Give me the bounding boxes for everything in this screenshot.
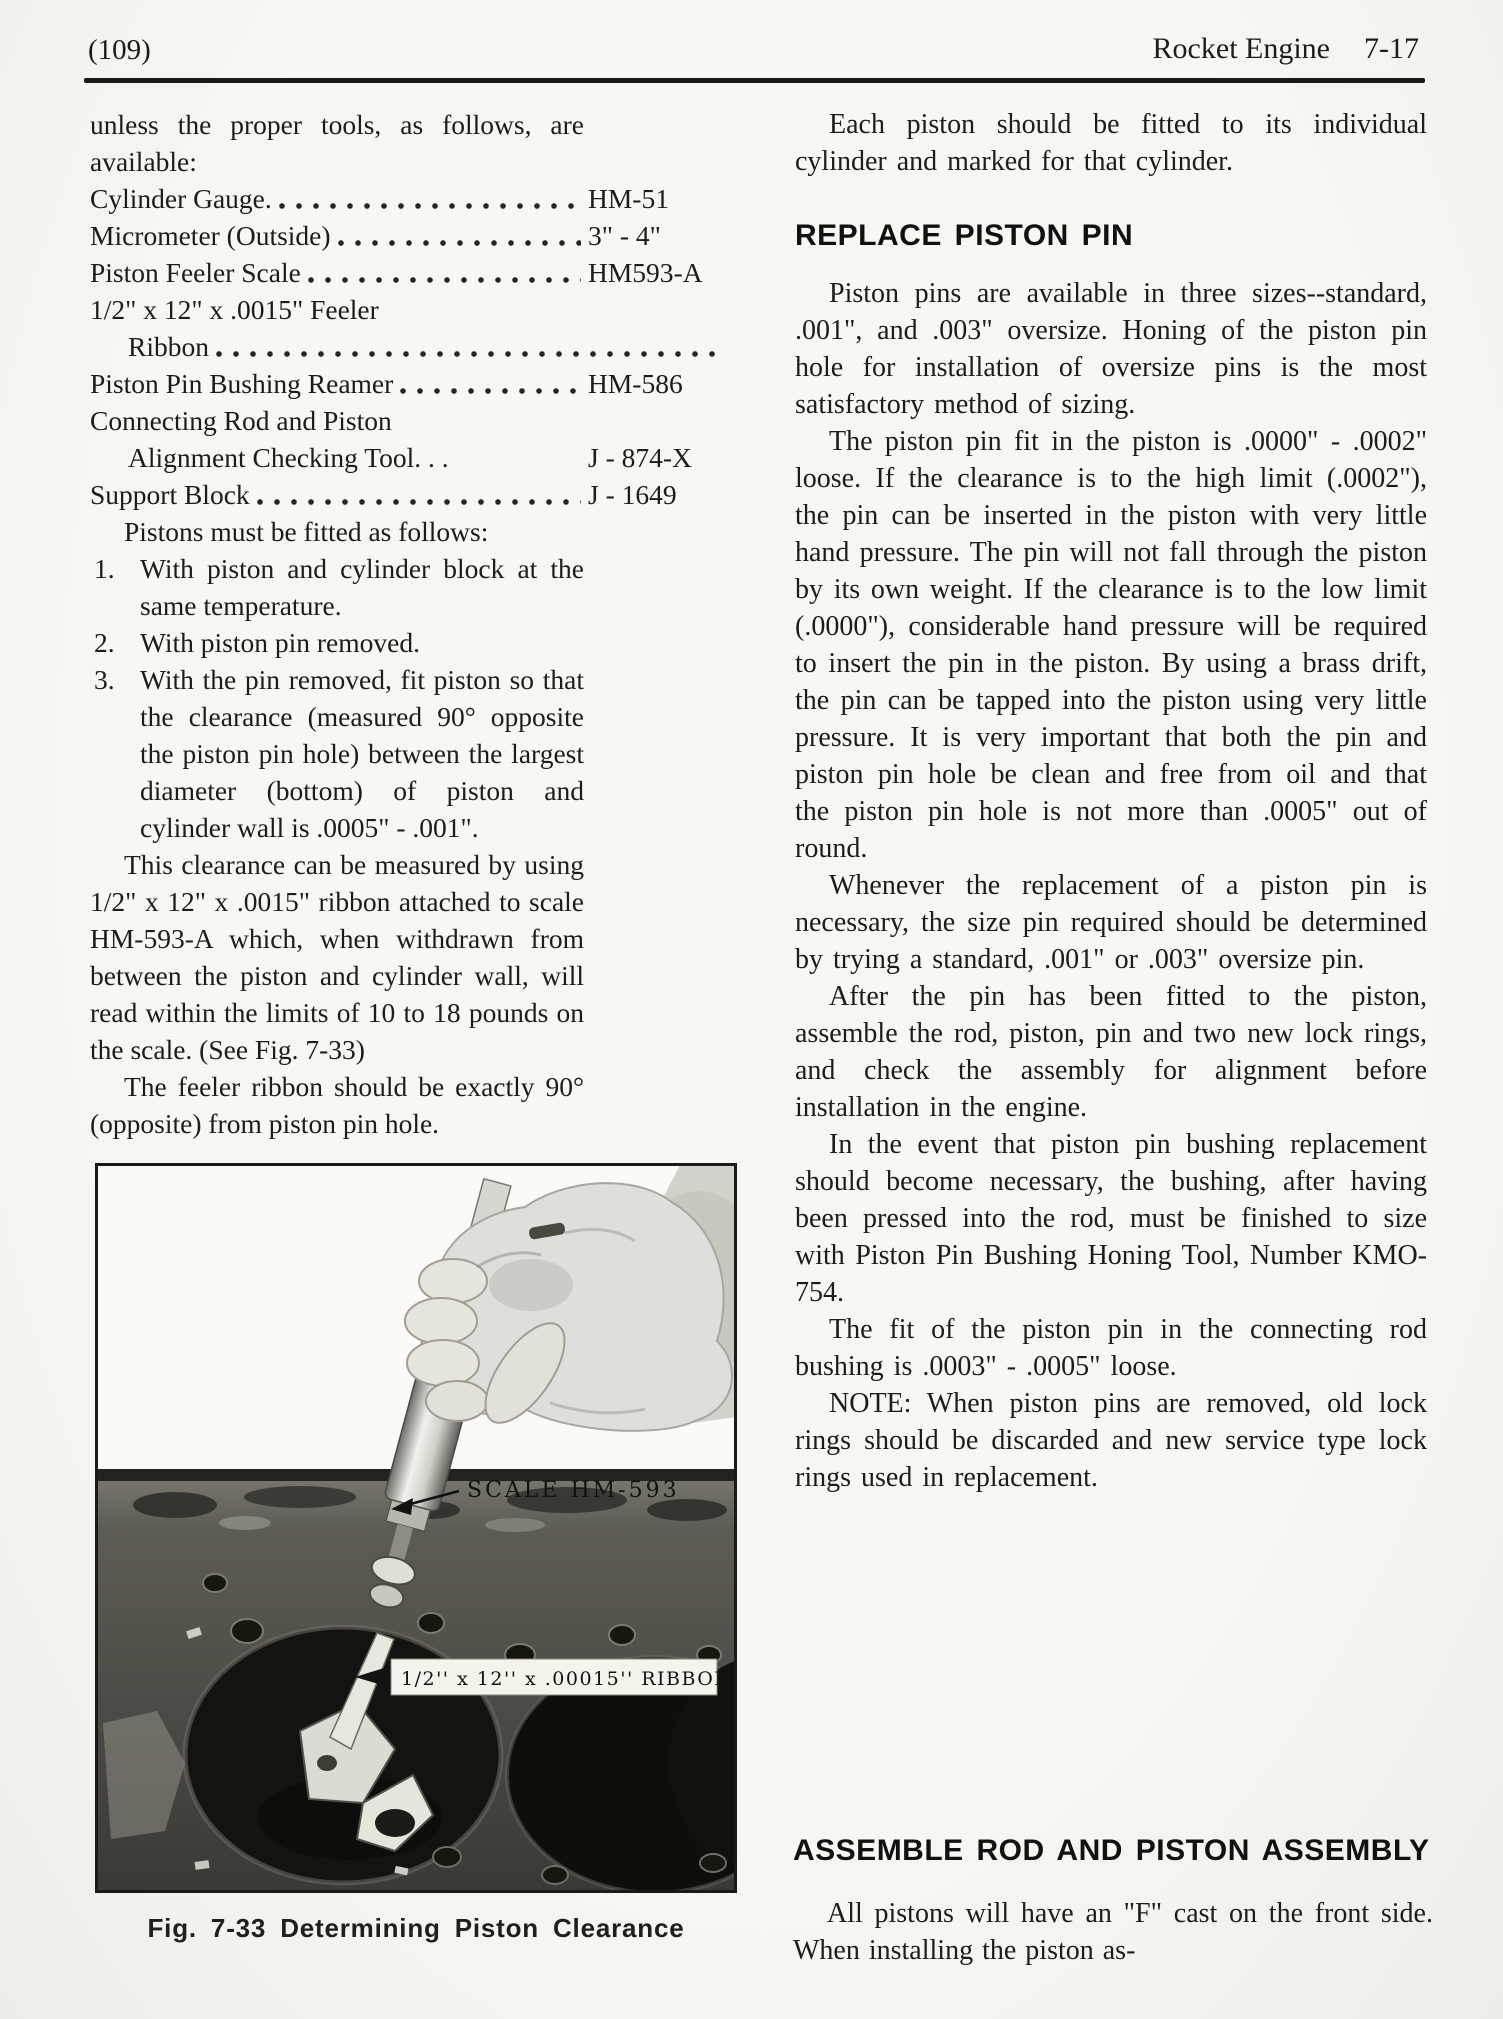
figure-7-33: SCALE HM-593 1/2'' x 12'' x .00015'' RIB… [95, 1163, 737, 1944]
tool-row: Ribbon [90, 328, 738, 365]
tool-value: 3" - 4" [588, 217, 738, 254]
tool-row: Piston Pin Bushing Reamer HM-586 [90, 365, 738, 402]
dot-leader [456, 439, 581, 476]
paragraph: unless the proper tools, as follows, are… [90, 106, 584, 180]
header-rule [84, 78, 1425, 83]
header-title: Rocket Engine [1153, 32, 1330, 66]
step-item: 1. With piston and cylinder block at the… [90, 550, 584, 624]
tool-row: Connecting Rod and Piston [90, 402, 738, 439]
tool-label: Micrometer (Outside) [90, 217, 331, 254]
tool-row: Piston Feeler Scale HM593-A [90, 254, 738, 291]
dot-leader [308, 254, 581, 291]
dot-leader [279, 180, 581, 217]
paragraph: Whenever the replacement of a piston pin… [795, 867, 1427, 978]
step-text: With piston and cylinder block at the sa… [140, 550, 584, 624]
paragraph: In the event that piston pin bushing rep… [795, 1126, 1427, 1311]
figure-caption: Fig. 7-33 Determining Piston Clearance [95, 1913, 737, 1944]
ribbon-callout: 1/2'' x 12'' x .00015'' RIBBON [355, 1659, 733, 1695]
tool-value: HM-51 [588, 180, 738, 217]
tool-label: Piston Pin Bushing Reamer [90, 365, 393, 402]
manual-page: (109) Rocket Engine 7-17 unless the prop… [0, 0, 1503, 2019]
section-heading-replace-piston-pin: REPLACE PISTON PIN [795, 217, 1427, 254]
right-column-bottom: ASSEMBLE ROD AND PISTON ASSEMBLY All pis… [793, 1832, 1433, 1969]
tool-row: 1/2" x 12" x .0015" Feeler [90, 291, 738, 328]
numbered-steps: 1. With piston and cylinder block at the… [90, 550, 738, 846]
paragraph: Piston pins are available in three sizes… [795, 275, 1427, 423]
scale-label: SCALE HM-593 [467, 1478, 680, 1503]
dot-leader [216, 328, 725, 365]
step-item: 2. With piston pin removed. [90, 624, 584, 661]
step-number: 1. [90, 550, 140, 624]
step-text: With piston pin removed. [140, 624, 584, 661]
paragraph: This clearance can be measured by using … [90, 846, 584, 1068]
ribbon-label: 1/2'' x 12'' x .00015'' RIBBON [401, 1668, 733, 1690]
section-heading-assemble-rod: ASSEMBLE ROD AND PISTON ASSEMBLY [793, 1832, 1433, 1869]
step-number: 2. [90, 624, 140, 661]
tool-value: J - 1649 [588, 476, 738, 513]
paragraph: After the pin has been fitted to the pis… [795, 978, 1427, 1126]
tool-list: Cylinder Gauge. HM-51 Micrometer (Outsid… [90, 180, 738, 513]
tool-value: HM-586 [588, 365, 738, 402]
paragraph: Each piston should be fitted to its indi… [795, 106, 1427, 180]
dot-leader [257, 476, 581, 513]
step-text: With the pin removed, fit piston so that… [140, 661, 584, 846]
paragraph: The feeler ribbon should be exactly 90° … [90, 1068, 584, 1142]
paragraph: Pistons must be fitted as follows: [90, 513, 584, 550]
tool-label: Piston Feeler Scale [90, 254, 301, 291]
step-number: 3. [90, 661, 140, 846]
left-column: unless the proper tools, as follows, are… [90, 106, 738, 1142]
tool-label: 1/2" x 12" x .0015" Feeler [90, 291, 379, 328]
note-paragraph: NOTE: When piston pins are removed, old … [795, 1385, 1427, 1496]
paragraph: The fit of the piston pin in the connect… [795, 1311, 1427, 1385]
tool-row: Alignment Checking Tool. . . J - 874-X [90, 439, 738, 476]
tool-row: Cylinder Gauge. HM-51 [90, 180, 738, 217]
tool-label: Ribbon [90, 328, 209, 365]
tool-label: Alignment Checking Tool. . . [90, 439, 449, 476]
tool-label: Cylinder Gauge. [90, 180, 272, 217]
right-column: Each piston should be fitted to its indi… [795, 106, 1427, 1496]
tool-value [732, 328, 738, 365]
running-header: Rocket Engine 7-17 [1153, 32, 1419, 66]
figure-photo: SCALE HM-593 1/2'' x 12'' x .00015'' RIB… [95, 1163, 737, 1893]
tool-label: Connecting Rod and Piston [90, 402, 392, 439]
tool-value: J - 874-X [588, 439, 738, 476]
tool-row: Micrometer (Outside) 3" - 4" [90, 217, 738, 254]
header-page-ref: 7-17 [1364, 32, 1419, 66]
paragraph: The piston pin fit in the piston is .000… [795, 423, 1427, 867]
tool-value: HM593-A [588, 254, 738, 291]
dot-leader [400, 365, 581, 402]
page-number: (109) [88, 34, 151, 67]
tool-row: Support Block J - 1649 [90, 476, 738, 513]
dot-leader [338, 217, 581, 254]
paragraph: All pistons will have an "F" cast on the… [793, 1895, 1433, 1969]
tool-label: Support Block [90, 476, 250, 513]
step-item: 3. With the pin removed, fit piston so t… [90, 661, 584, 846]
